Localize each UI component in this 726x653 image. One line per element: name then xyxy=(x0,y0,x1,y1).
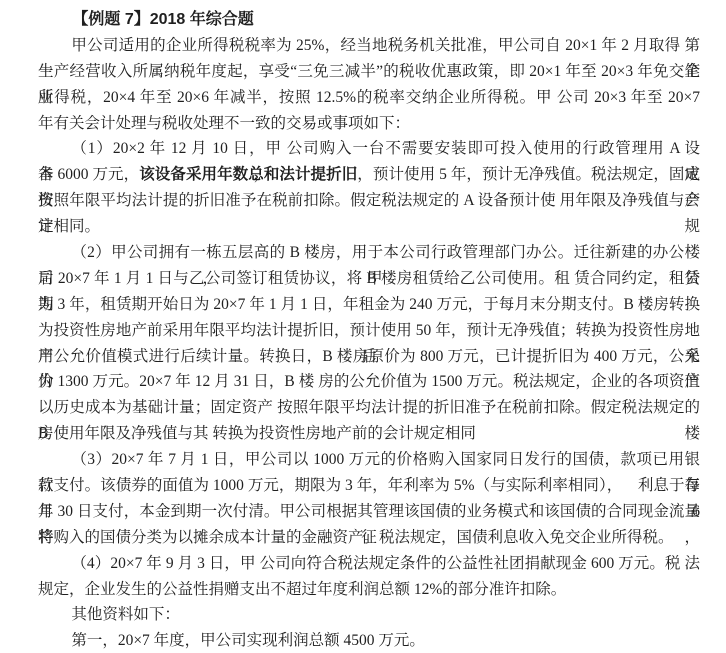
other-info-item-1: 第一，20×7 年度，甲公司实现利润总额 4500 万元。 xyxy=(38,628,700,653)
text-line: 规定，企业发生的公益性捐赠支出不超过年度利润总额 12%的部分准许扣除。 xyxy=(38,577,700,603)
text-line: 为投资性房地产前采用年限平均法计提折旧，预计使用 50 年，预计无净残值；转换为… xyxy=(38,318,700,344)
item-3-paragraph: （3）20×7 年 7 月 1 日，甲公司以 1000 万元的价格购入国家同日发… xyxy=(38,447,700,551)
text-line: 用公允价值模式进行后续计量。转换日，B 楼房原价为 800 万元，已计提折旧为 … xyxy=(38,344,700,370)
text-line: 本 6000 万元，该设备采用年数总和法计提折旧，预计使用 5 年，预计无净残值… xyxy=(38,162,700,188)
document-title: 【例题 7】2018 年综合题 xyxy=(38,7,700,33)
text-line: 其他资料如下： xyxy=(38,602,700,628)
text-line: 款支付。该债券的面值为 1000 万元，期限为 3 年，年利率为 5%（与实际利… xyxy=(38,473,700,499)
document-page: 【例题 7】2018 年综合题 甲公司适用的企业所得税税率为 25%，经当地税务… xyxy=(0,0,726,653)
text-run: 本 6000 万元， xyxy=(38,166,139,183)
text-line: 生产经营收入所属纳税年度起，享受“三免三减半”的税收优惠政策，即 20×1 年至… xyxy=(38,59,700,85)
text-line: （3）20×7 年 7 月 1 日，甲公司以 1000 万元的价格购入国家同日发… xyxy=(38,447,700,473)
other-info-heading: 其他资料如下： xyxy=(38,602,700,628)
text-run: 按照年限平均法计提的折旧准予在税前扣除。假定税法规定的 A 设备预计使 用年限及… xyxy=(38,192,700,235)
item-4-paragraph: （4）20×7 年 9 月 3 日，甲 公司向符合税法规定条件的公益性社团捐献现… xyxy=(38,551,700,603)
text-line: 将购入的国债分类为以摊余成本计量的金融资产。税法规定，国债利息收入免交企业所得税… xyxy=(38,525,700,551)
text-line: 第一，20×7 年度，甲公司实现利润总额 4500 万元。 xyxy=(38,628,700,653)
text-run: 为 1300 万元。20×7 年 12 月 31 日，B 楼 房的公允价值为 1… xyxy=(38,373,700,390)
text-line: 按照年限平均法计提的折旧准予在税前扣除。假定税法规定的 A 设备预计使 用年限及… xyxy=(38,188,700,214)
text-run: 其他资料如下： xyxy=(71,606,180,623)
text-line: 所得税，20×4 年至 20×6 年减半，按照 12.5%的税率交纳企业所得税。… xyxy=(38,85,700,111)
text-line: 月 30 日支付，本金到期一次付清。甲公司根据其管理该国债的业务模式和该国债的合… xyxy=(38,499,700,525)
text-line: 以历史成本为基础计量；固定资产 按照年限平均法计提的折旧准予在税前扣除。假定税法… xyxy=(38,395,700,421)
item-2-paragraph: （2）甲公司拥有一栋五层高的 B 楼房，用于本公司行政管理部门办公。迁往新建的办… xyxy=(38,240,700,447)
text-line: （2）甲公司拥有一栋五层高的 B 楼房，用于本公司行政管理部门办公。迁往新建的办… xyxy=(38,240,700,266)
emphasis-text-run: 该设备采用年数总和法计提折旧 xyxy=(139,166,357,183)
text-line: 甲公司适用的企业所得税税率为 25%，经当地税务机关批准，甲公司自 20×1 年… xyxy=(38,33,700,59)
text-run: 年有关会计处理与税收处理不一致的交易或事项如下： xyxy=(38,115,410,132)
text-line: （4）20×7 年 9 月 3 日，甲 公司向符合税法规定条件的公益性社团捐献现… xyxy=(38,551,700,577)
document-body: 甲公司适用的企业所得税税率为 25%，经当地税务机关批准，甲公司自 20×1 年… xyxy=(38,33,700,653)
text-run: 定相同。 xyxy=(38,218,100,235)
text-run: （4）20×7 年 9 月 3 日，甲 公司向符合税法规定条件的公益性社团捐献现… xyxy=(71,555,700,572)
text-line: 为 3 年，租赁期开始日为 20×7 年 1 月 1 日，年租金为 240 万元… xyxy=(38,292,700,318)
text-run: 为 3 年，租赁期开始日为 20×7 年 1 月 1 日，年租金为 240 万元… xyxy=(38,296,700,313)
text-line: 年有关会计处理与税收处理不一致的交易或事项如下： xyxy=(38,111,700,137)
text-run: 房使用年限及净残值与其 转换为投资性房地产前的会计规定相同 xyxy=(38,425,476,442)
text-run: 将购入的国债分类为以摊余成本计量的金融资产。税法规定，国债利息收入免交企业所得税… xyxy=(38,529,674,546)
text-line: 司 20×7 年 1 月 1 日与乙公司签订租赁协议，将 B 楼房租赁给乙公司使… xyxy=(38,266,700,292)
text-line: 为 1300 万元。20×7 年 12 月 31 日，B 楼 房的公允价值为 1… xyxy=(38,369,700,395)
text-run: 第一，20×7 年度，甲公司实现利润总额 4500 万元。 xyxy=(71,632,425,649)
text-run: 规定，企业发生的公益性捐赠支出不超过年度利润总额 12%的部分准许扣除。 xyxy=(38,581,566,598)
intro-paragraph: 甲公司适用的企业所得税税率为 25%，经当地税务机关批准，甲公司自 20×1 年… xyxy=(38,33,700,137)
item-1-paragraph: （1）20×2 年 12 月 10 日，甲 公司购入一台不需要安装即可投入使用的… xyxy=(38,136,700,240)
text-line: （1）20×2 年 12 月 10 日，甲 公司购入一台不需要安装即可投入使用的… xyxy=(38,136,700,162)
text-run: 所得税，20×4 年至 20×6 年减半，按照 12.5%的税率交纳企业所得税。… xyxy=(38,89,700,106)
